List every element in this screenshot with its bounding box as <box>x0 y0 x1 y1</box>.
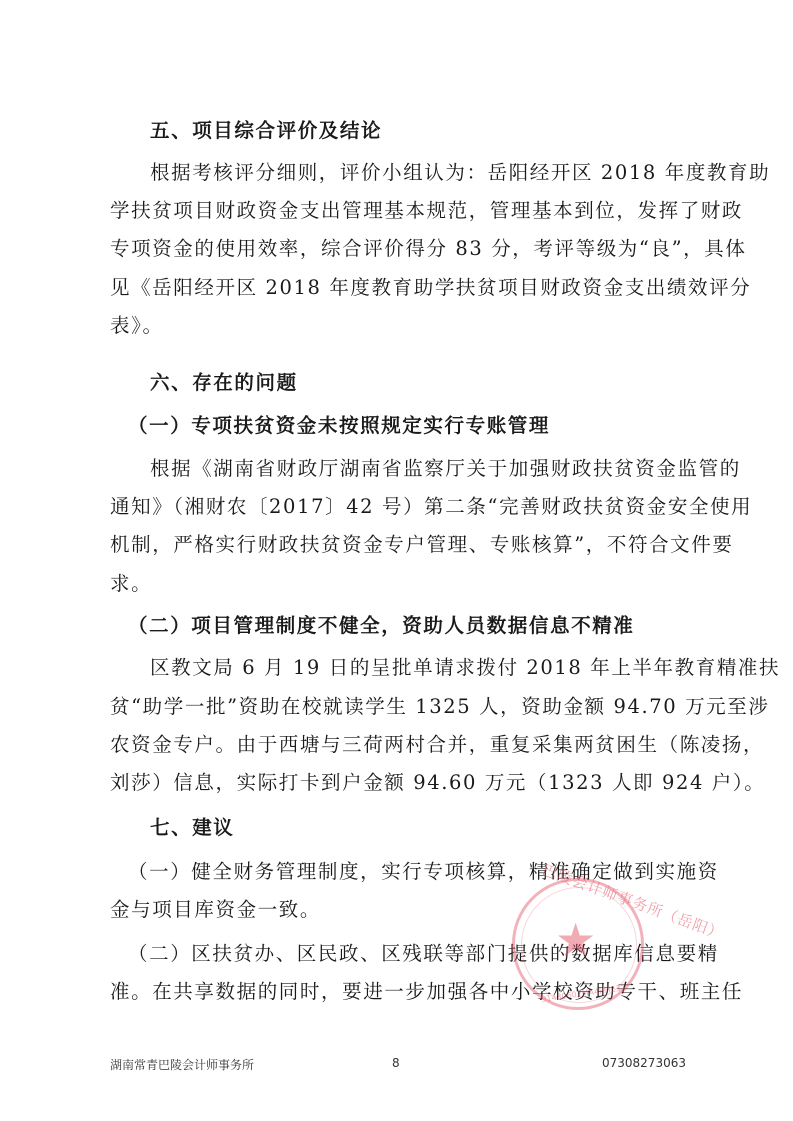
paragraph-line: 贫“助学一批”资助在校就读学生 1325 人，资助金额 94.70 万元至涉 <box>110 695 684 719</box>
paragraph-line: （二）区扶贫办、区民政、区残联等部门提供的数据库信息要精 <box>128 942 684 966</box>
subsection-title: （二）项目管理制度不健全，资助人员数据信息不精准 <box>128 614 702 638</box>
footer-firm-name: 湖南常青巴陵会计师事务所 <box>110 1056 254 1073</box>
subsection-title: （一）专项扶贫资金未按照规定实行专账管理 <box>128 414 702 438</box>
paragraph-line: （一）健全财务管理制度，实行专项核算，精准确定做到实施资 <box>128 860 684 884</box>
paragraph-line: 求。 <box>110 572 684 596</box>
paragraph-line: 通知》（湘财农〔2017〕42 号）第二条“完善财政扶贫资金安全使用 <box>110 495 684 519</box>
paragraph-line: 金与项目库资金一致。 <box>110 898 684 922</box>
paragraph-line: 表》。 <box>110 314 684 338</box>
footer-phone: 07308273063 <box>602 1056 686 1070</box>
footer-page-number: 8 <box>392 1056 400 1070</box>
paragraph-line: 农资金专户。由于西塘与三荷两村合并，重复采集两贫困生（陈凌扬， <box>110 733 684 757</box>
section-heading-conclusion: 五、项目综合评价及结论 <box>150 119 724 143</box>
paragraph-line: 学扶贫项目财政资金支出管理基本规范，管理基本到位，发挥了财政 <box>110 199 684 223</box>
paragraph-line: 区教文局 6 月 19 日的呈批单请求拨付 2018 年上半年教育精准扶 <box>150 656 684 680</box>
paragraph-line: 根据考核评分细则，评价小组认为：岳阳经开区 2018 年度教育助 <box>150 161 684 185</box>
document-page: 五、项目综合评价及结论 根据考核评分细则，评价小组认为：岳阳经开区 2018 年… <box>0 0 793 1121</box>
paragraph-line: 专项资金的使用效率，综合评价得分 83 分，考评等级为“良”，具体 <box>110 237 684 261</box>
paragraph-line: 根据《湖南省财政厅湖南省监察厅关于加强财政扶贫资金监管的 <box>150 457 684 481</box>
paragraph-line: 刘莎）信息，实际打卡到户金额 94.60 万元（1323 人即 924 户）。 <box>110 771 684 795</box>
section-heading-problems: 六、存在的问题 <box>150 371 724 395</box>
paragraph-line: 见《岳阳经开区 2018 年度教育助学扶贫项目财政资金支出绩效评分 <box>110 276 684 300</box>
paragraph-line: 准。在共享数据的同时，要进一步加强各中小学校资助专干、班主任 <box>110 980 684 1004</box>
section-heading-suggestions: 七、建议 <box>150 816 724 840</box>
paragraph-line: 机制，严格实行财政扶贫资金专户管理、专账核算”，不符合文件要 <box>110 533 684 557</box>
